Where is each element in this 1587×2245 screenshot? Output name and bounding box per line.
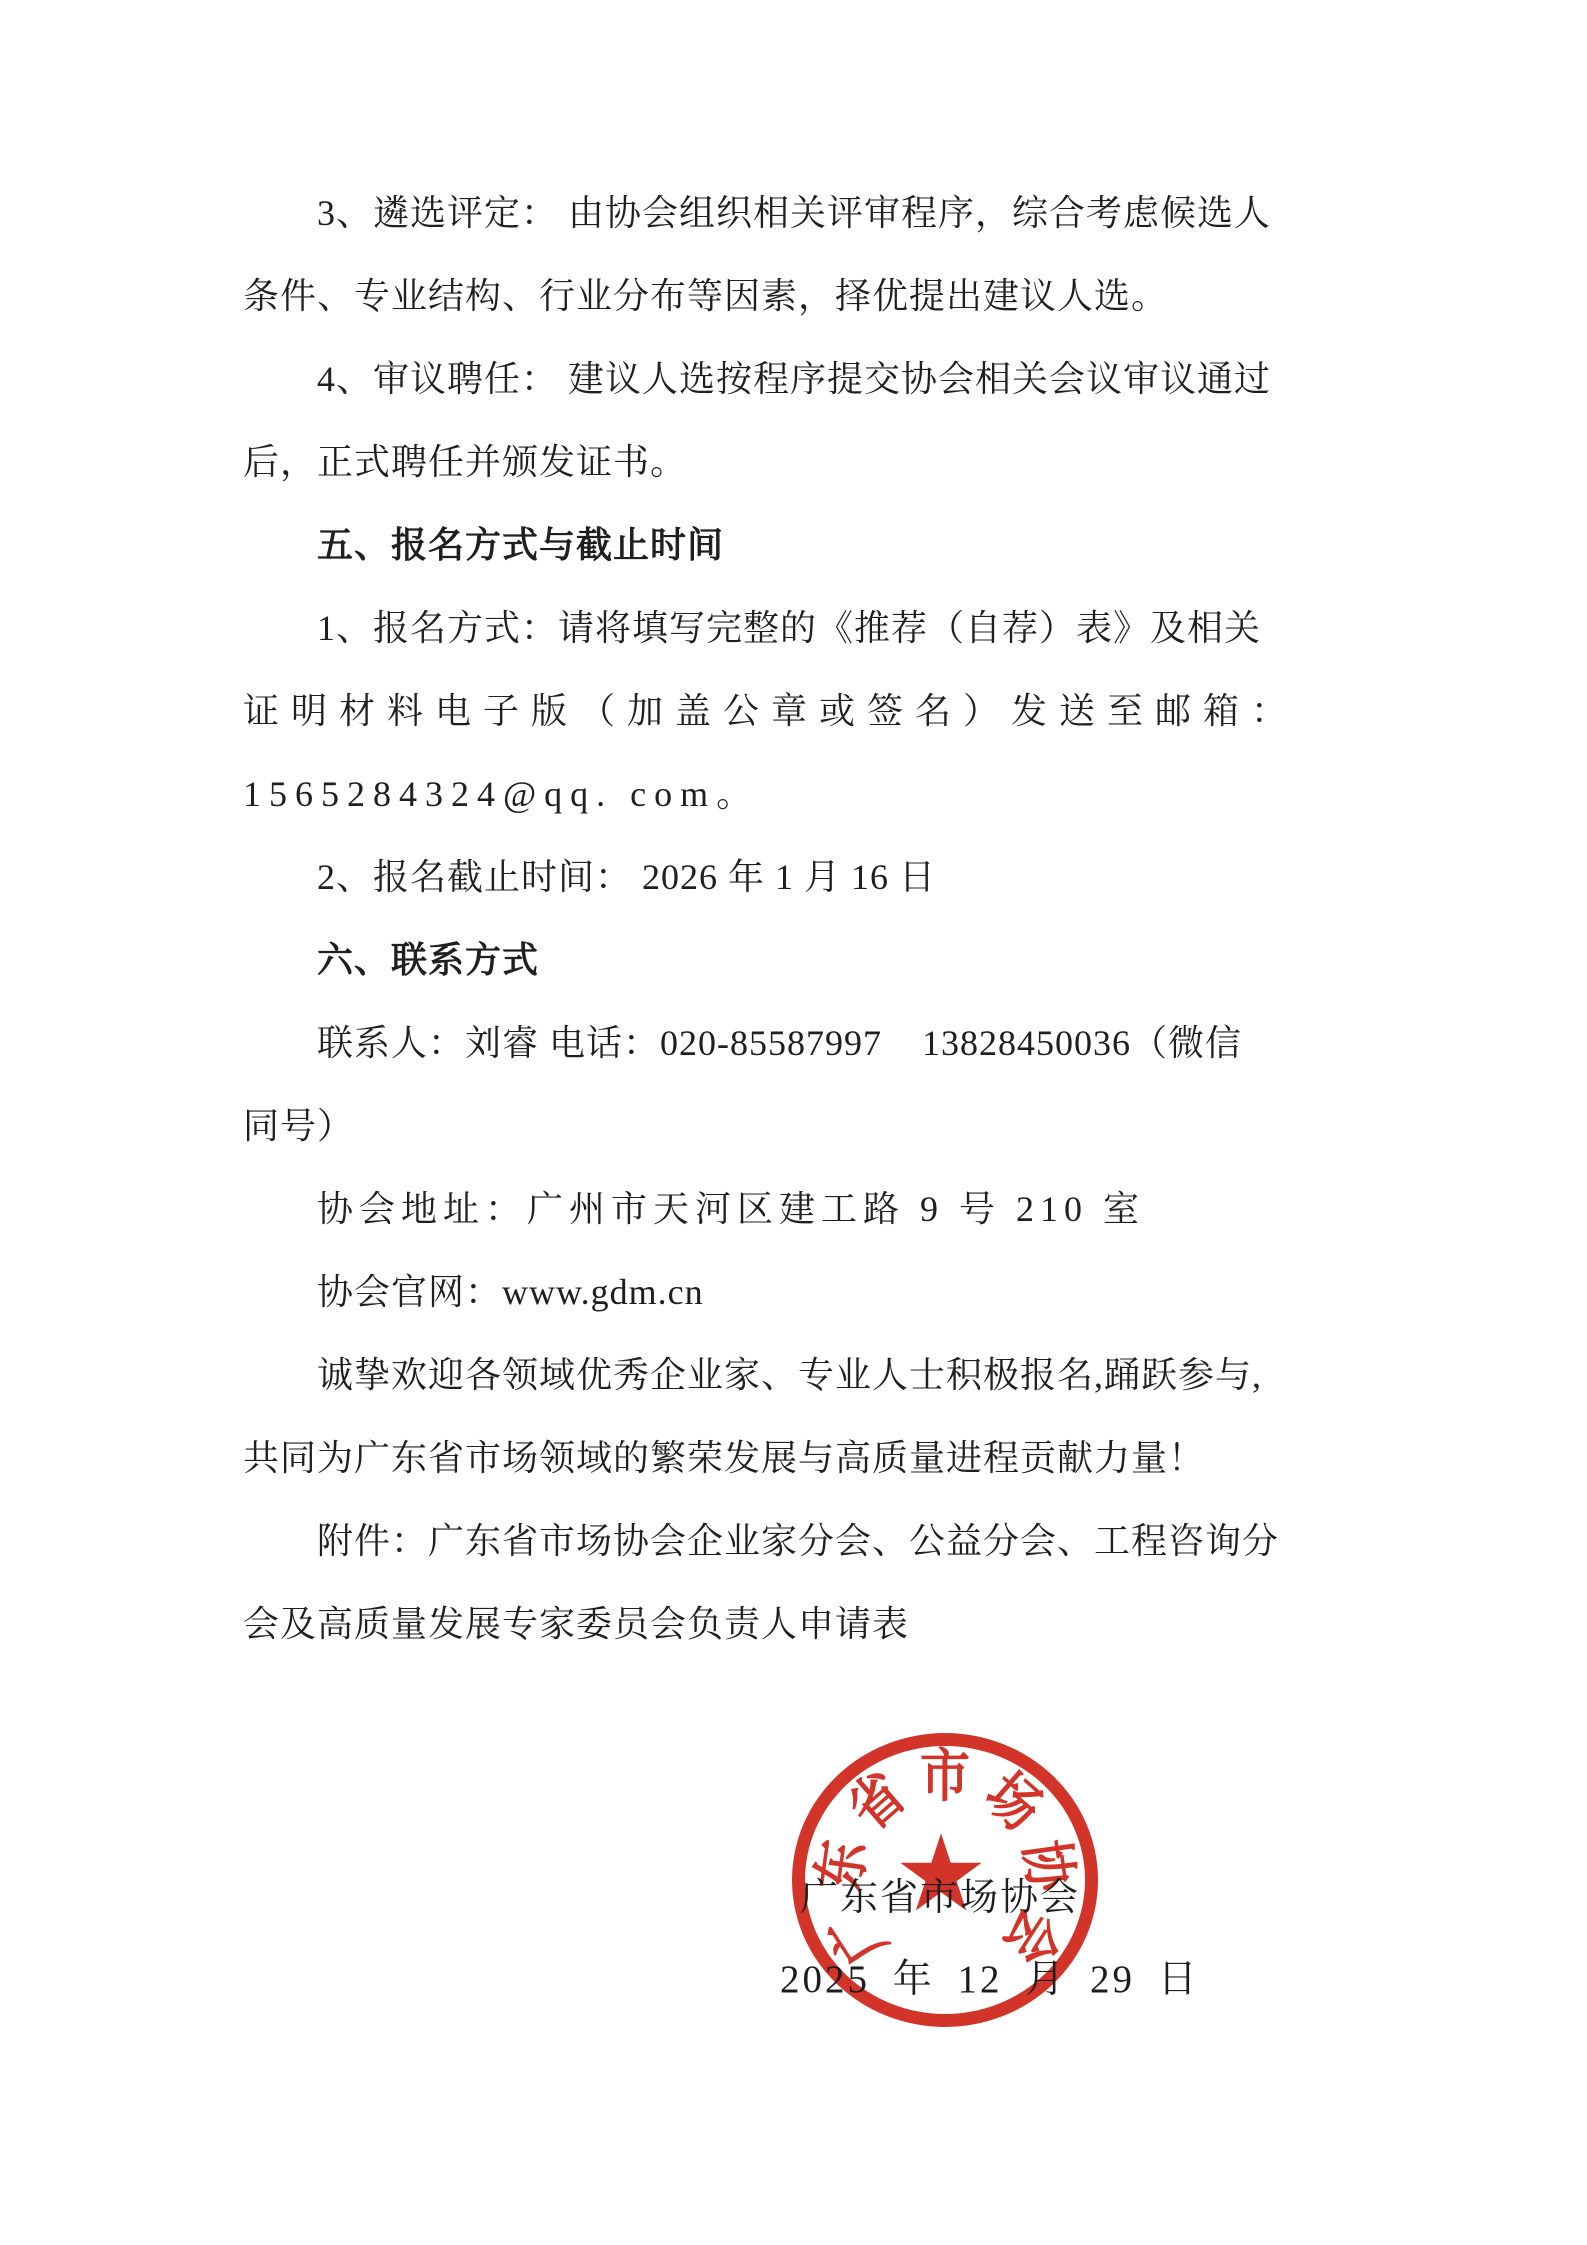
paragraph-line: 4、审议聘任： 建议人选按程序提交协会相关会议审议通过 [0,338,1587,421]
paragraph-line: 共同为广东省市场领域的繁荣发展与高质量进程贡献力量！ [0,1417,1587,1500]
section-heading: 六、联系方式 [0,919,1587,1002]
document-body: 3、遴选评定： 由协会组织相关评审程序，综合考虑候选人 条件、专业结构、行业分布… [0,172,1587,1666]
paragraph-line: 证明材料电子版（加盖公章或签名）发送至邮箱： [0,670,1587,753]
paragraph-line: 诚挚欢迎各领域优秀企业家、专业人士积极报名,踊跃参与, [0,1334,1587,1417]
paragraph-line: 2、报名截止时间： 2026 年 1 月 16 日 [0,836,1587,919]
attachment-line: 附件：广东省市场协会企业家分会、公益分会、工程咨询分 [0,1500,1587,1583]
paragraph-line: 3、遴选评定： 由协会组织相关评审程序，综合考虑候选人 [0,172,1587,255]
seal-arc-char: 市 [920,1747,970,1805]
section-heading: 五、报名方式与截止时间 [0,504,1587,587]
attachment-line: 会及高质量发展专家委员会负责人申请表 [0,1583,1587,1666]
paragraph-line: 后，正式聘任并颁发证书。 [0,421,1587,504]
contact-line: 同号） [0,1085,1587,1168]
email-address: 1565284324@qq. com。 [0,753,1587,836]
contact-line: 联系人：刘睿 电话：020-85587997 13828450036（微信 [0,1002,1587,1085]
paragraph-line: 1、报名方式：请将填写完整的《推荐（自荐）表》及相关 [0,587,1587,670]
website-line: 协会官网：www.gdm.cn [0,1251,1587,1334]
signature-date: 2025 年 12 月 29 日 [780,1952,1200,2008]
document-page: 3、遴选评定： 由协会组织相关评审程序，综合考虑候选人 条件、专业结构、行业分布… [0,0,1587,2245]
paragraph-line: 条件、专业结构、行业分布等因素，择优提出建议人选。 [0,255,1587,338]
address-line: 协会地址：广州市天河区建工路 9 号 210 室 [0,1168,1587,1251]
signature-org-name: 广东省市场协会 [800,1871,1080,1925]
